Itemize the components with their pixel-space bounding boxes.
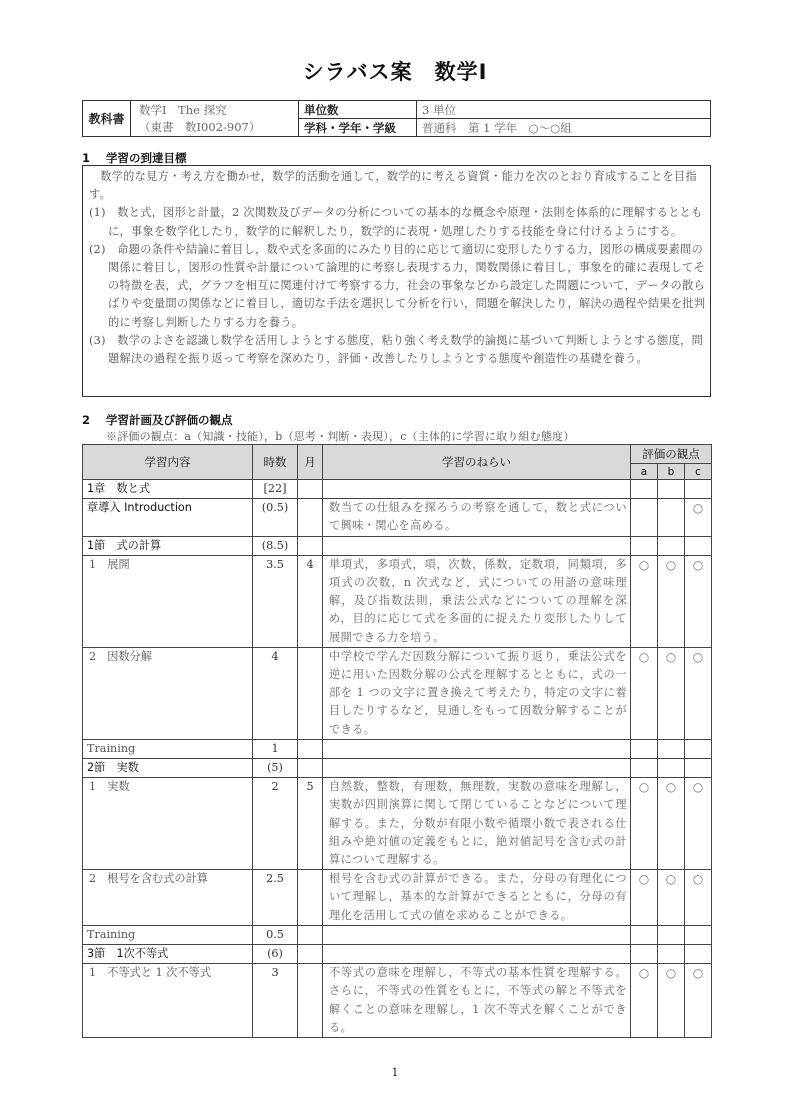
row-content: 章導入 Introduction: [83, 499, 253, 536]
row-hours: 2.5: [253, 870, 298, 926]
row-content: 2 因数分解: [83, 647, 253, 739]
row-eval-a: ○: [631, 964, 658, 1038]
evaluation-legend-note: ※評価の観点：a（知識・技能），b（思考・判断・表現），c（主体的に学習に取り組…: [106, 428, 575, 444]
header-c: c: [685, 464, 712, 480]
row-eval-a: ○: [631, 870, 658, 926]
row-eval-b: [658, 499, 685, 536]
table-row: 1章 数と式 [22]: [83, 480, 712, 499]
header-hours: 時数: [253, 445, 298, 480]
table-row: 2 根号を含む式の計算 2.5 根号を含む式の計算ができる。また，分母の有理化に…: [83, 870, 712, 926]
page-title: シラバス案数学Ⅰ: [0, 56, 790, 86]
row-content: Training: [83, 739, 253, 758]
row-hours: 2: [253, 778, 298, 870]
row-aim: [323, 925, 631, 944]
table-row: 章導入 Introduction (0.5) 数当ての仕組みを探ろうの考察を通し…: [83, 499, 712, 536]
title-subject: 数学Ⅰ: [435, 60, 488, 84]
row-eval-b: [658, 739, 685, 758]
row-hours: (8.5): [253, 536, 298, 555]
section2-number: 2: [82, 413, 106, 427]
row-month: [298, 925, 323, 944]
row-eval-c: [685, 759, 712, 778]
textbook-line1: 数学Ⅰ The 探究: [139, 102, 293, 119]
row-eval-b: [658, 480, 685, 499]
row-hours: 3: [253, 964, 298, 1038]
row-aim: [323, 480, 631, 499]
row-eval-b: [658, 759, 685, 778]
row-month: 4: [298, 555, 323, 647]
row-eval-c: ○: [685, 964, 712, 1038]
table-row: Training 0.5: [83, 925, 712, 944]
row-eval-c: [685, 536, 712, 555]
row-eval-c: ○: [685, 870, 712, 926]
row-aim: [323, 759, 631, 778]
learning-goals-box: 数学的な見方・考え方を働かせ，数学的活動を通して，数学的に考える資質・能力を次の…: [82, 165, 711, 397]
header-aim: 学習のねらい: [323, 445, 631, 480]
row-content: Training: [83, 925, 253, 944]
row-aim: 自然数，整数，有理数，無理数，実数の意味を理解し，実数が四則演算に関して閉じてい…: [323, 778, 631, 870]
row-aim: [323, 945, 631, 964]
row-eval-a: [631, 480, 658, 499]
page-number: 1: [0, 1066, 790, 1079]
table-row: 2節 実数 (5): [83, 759, 712, 778]
row-content: 1 実数: [83, 778, 253, 870]
table-row: 1節 式の計算 (8.5): [83, 536, 712, 555]
row-month: [298, 759, 323, 778]
row-aim: [323, 536, 631, 555]
row-eval-c: ○: [685, 647, 712, 739]
row-eval-c: ○: [685, 499, 712, 536]
row-content: 2 根号を含む式の計算: [83, 870, 253, 926]
row-eval-a: [631, 536, 658, 555]
class-value: 普通科 第 1 学年 ○～○組: [417, 119, 711, 137]
class-label: 学科・学年・学級: [299, 119, 417, 137]
row-eval-b: [658, 925, 685, 944]
row-eval-b: ○: [658, 870, 685, 926]
table-row: 2 因数分解 4 中学校で学んだ因数分解について振り返り，乗法公式を逆に用いた因…: [83, 647, 712, 739]
row-month: [298, 964, 323, 1038]
row-eval-a: [631, 739, 658, 758]
section1-heading: 1学習の到達目標: [82, 150, 187, 166]
row-content: 3節 1次不等式: [83, 945, 253, 964]
row-hours: 0.5: [253, 925, 298, 944]
row-eval-a: [631, 499, 658, 536]
table-row: 1 展開 3.5 4 単項式，多項式，項，次数，係数，定数項，同類項，多項式の次…: [83, 555, 712, 647]
table-row: 1 不等式と 1 次不等式 3 不等式の意味を理解し，不等式の基本性質を理解する…: [83, 964, 712, 1038]
row-month: [298, 499, 323, 536]
row-content: 1 展開: [83, 555, 253, 647]
section1-number: 1: [82, 151, 106, 165]
row-content: 1 不等式と 1 次不等式: [83, 964, 253, 1038]
row-month: [298, 536, 323, 555]
row-month: [298, 647, 323, 739]
row-eval-c: [685, 480, 712, 499]
row-eval-b: ○: [658, 964, 685, 1038]
row-aim: 根号を含む式の計算ができる。また，分母の有理化について理解し，基本的な計算ができ…: [323, 870, 631, 926]
section1-title: 学習の到達目標: [106, 151, 187, 165]
row-eval-b: ○: [658, 647, 685, 739]
header-month: 月: [298, 445, 323, 480]
row-month: [298, 870, 323, 926]
row-eval-a: [631, 945, 658, 964]
row-hours: 3.5: [253, 555, 298, 647]
textbook-label: 教科書: [83, 101, 131, 137]
goal-item-2: (2) 命題の条件や結論に着目し，数や式を多面的にみたり目的に応じて適切に変形し…: [89, 241, 706, 332]
goals-intro: 数学的な見方・考え方を働かせ，数学的活動を通して，数学的に考える資質・能力を次の…: [89, 168, 706, 204]
row-hours: 4: [253, 647, 298, 739]
row-eval-a: [631, 925, 658, 944]
credits-value: 3 単位: [417, 101, 711, 119]
row-aim: 中学校で学んだ因数分解について振り返り，乗法公式を逆に用いた因数分解の公式を理解…: [323, 647, 631, 739]
row-hours: [22]: [253, 480, 298, 499]
row-eval-c: [685, 739, 712, 758]
row-month: [298, 480, 323, 499]
row-aim: 数当ての仕組みを探ろうの考察を通して，数と式について興味・関心を高める。: [323, 499, 631, 536]
row-eval-a: ○: [631, 555, 658, 647]
row-eval-a: ○: [631, 647, 658, 739]
row-eval-a: ○: [631, 778, 658, 870]
row-content: 1章 数と式: [83, 480, 253, 499]
row-hours: (6): [253, 945, 298, 964]
row-content: 2節 実数: [83, 759, 253, 778]
header-b: b: [658, 464, 685, 480]
row-hours: (5): [253, 759, 298, 778]
row-eval-c: [685, 945, 712, 964]
table-row: 3節 1次不等式 (6): [83, 945, 712, 964]
row-eval-b: ○: [658, 555, 685, 647]
textbook-value: 数学Ⅰ The 探究 （東書 数Ⅰ002-907）: [131, 101, 299, 137]
row-aim: [323, 739, 631, 758]
header-evaluation: 評価の観点: [631, 445, 712, 464]
row-eval-c: [685, 925, 712, 944]
goal-item-1: (1) 数と式，図形と計量，2 次関数及びデータの分析についての基本的な概念や原…: [89, 204, 706, 240]
row-aim: 単項式，多項式，項，次数，係数，定数項，同類項，多項式の次数，n 次式など，式に…: [323, 555, 631, 647]
section2-title: 学習計画及び評価の観点: [106, 413, 233, 427]
row-eval-c: ○: [685, 555, 712, 647]
row-aim: 不等式の意味を理解し，不等式の基本性質を理解する。さらに，不等式の性質をもとに，…: [323, 964, 631, 1038]
table-row: 1 実数 2 5 自然数，整数，有理数，無理数，実数の意味を理解し，実数が四則演…: [83, 778, 712, 870]
textbook-line2: （東書 数Ⅰ002-907）: [139, 119, 293, 136]
row-eval-b: ○: [658, 778, 685, 870]
goal-item-3: (3) 数学のよさを認識し数学を活用しようとする態度，粘り強く考え数学的論拠に基…: [89, 332, 706, 368]
row-hours: 1: [253, 739, 298, 758]
header-a: a: [631, 464, 658, 480]
table-row: Training 1: [83, 739, 712, 758]
learning-plan-table: 学習内容 時数 月 学習のねらい 評価の観点 a b c 1章 数と式 [22]…: [82, 444, 712, 1038]
row-eval-c: ○: [685, 778, 712, 870]
row-eval-a: [631, 759, 658, 778]
title-main: シラバス案: [303, 60, 413, 84]
section2-heading: 2学習計画及び評価の観点: [82, 412, 233, 428]
row-eval-b: [658, 536, 685, 555]
row-month: [298, 739, 323, 758]
row-eval-b: [658, 945, 685, 964]
textbook-info-table: 教科書 数学Ⅰ The 探究 （東書 数Ⅰ002-907） 単位数 3 単位 学…: [82, 100, 711, 137]
header-content: 学習内容: [83, 445, 253, 480]
row-month: [298, 945, 323, 964]
row-month: 5: [298, 778, 323, 870]
credits-label: 単位数: [299, 101, 417, 119]
row-content: 1節 式の計算: [83, 536, 253, 555]
row-hours: (0.5): [253, 499, 298, 536]
